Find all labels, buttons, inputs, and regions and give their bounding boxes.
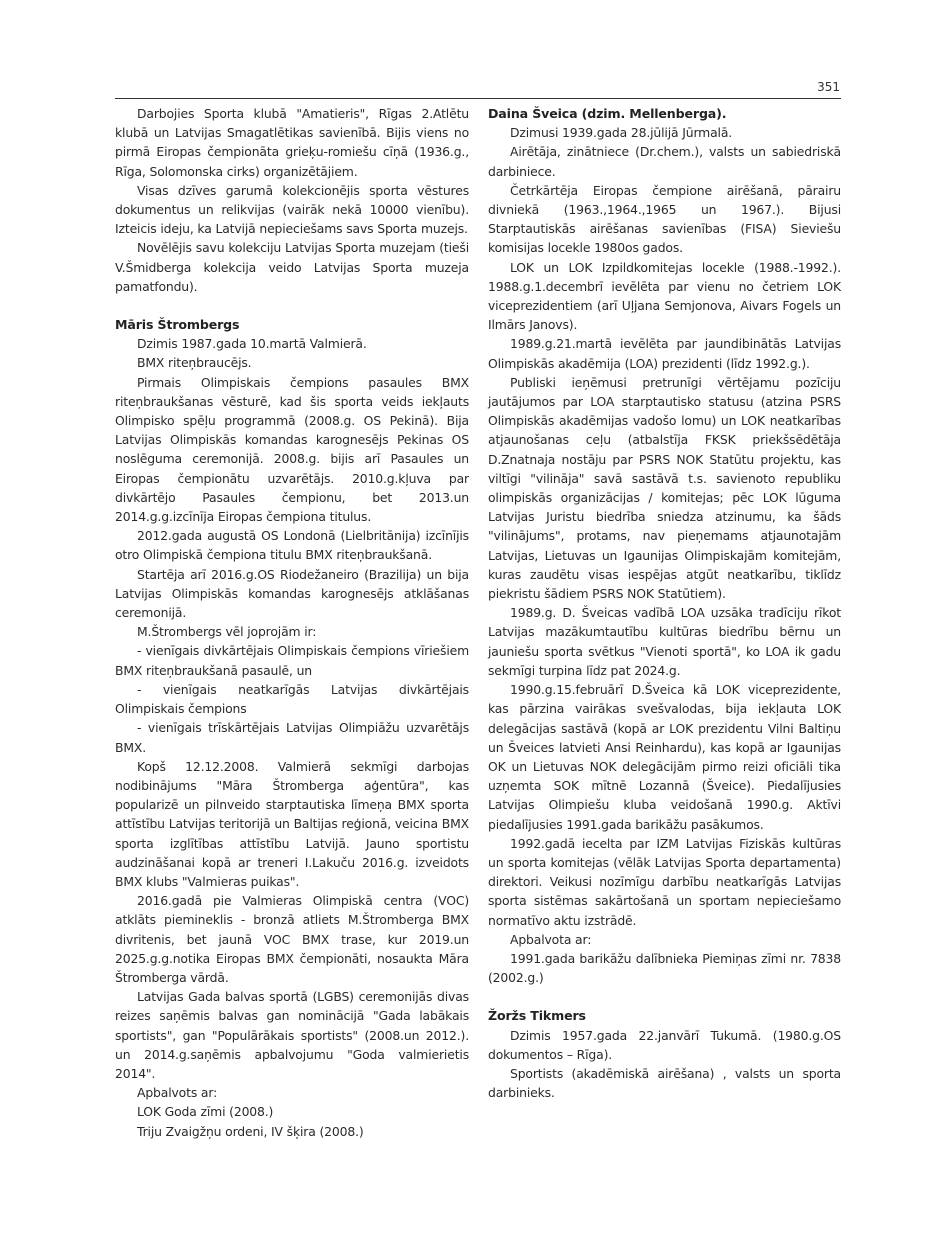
- list-item: - vienīgais divkārtējais Olimpiskais čem…: [115, 641, 469, 679]
- paragraph: Sportists (akadēmiskā airēšana) , valsts…: [488, 1064, 841, 1102]
- paragraph: Latvijas Gada balvas sportā (LGBS) cerem…: [115, 987, 469, 1083]
- paragraph: 1989.g. D. Šveicas vadībā LOA uzsāka tra…: [488, 603, 841, 680]
- entry-heading: Māris Štrombergs: [115, 315, 469, 334]
- spacer: [115, 296, 469, 315]
- paragraph: Startēja arī 2016.g.OS Riodežaneiro (Bra…: [115, 565, 469, 623]
- paragraph: 1992.gadā iecelta par IZM Latvijas Fizis…: [488, 834, 841, 930]
- paragraph: Dzimusi 1939.gada 28.jūlijā Jūrmalā.: [488, 123, 841, 142]
- paragraph: Kopš 12.12.2008. Valmierā sekmīgi darboj…: [115, 757, 469, 891]
- list-item: - vienīgais trīskārtējais Latvijas Olimp…: [115, 718, 469, 756]
- right-column: Daina Šveica (dzim. Mellenberga). Dzimus…: [488, 104, 841, 1102]
- paragraph: Airētāja, zinātniece (Dr.chem.), valsts …: [488, 142, 841, 180]
- awards-label: Apbalvota ar:: [488, 930, 841, 949]
- paragraph: Darbojies Sporta klubā "Amatieris", Rīga…: [115, 104, 469, 181]
- paragraph: BMX riteņbraucējs.: [115, 353, 469, 372]
- award-item: 1991.gada barikāžu dalībnieka Piemiņas z…: [488, 949, 841, 987]
- award-item: Triju Zvaigžņu ordeni, IV šķira (2008.): [115, 1122, 469, 1141]
- paragraph: 2012.gada augustā OS Londonā (Lielbritān…: [115, 526, 469, 564]
- paragraph: Visas dzīves garumā kolekcionējis sporta…: [115, 181, 469, 239]
- paragraph: LOK un LOK Izpildkomitejas locekle (1988…: [488, 258, 841, 335]
- page-number: 351: [790, 80, 840, 94]
- entry-heading: Daina Šveica (dzim. Mellenberga).: [488, 104, 841, 123]
- paragraph: Publiski ieņēmusi pretrunīgi vērtējamu p…: [488, 373, 841, 603]
- left-column: Darbojies Sporta klubā "Amatieris", Rīga…: [115, 104, 469, 1141]
- header-rule: [115, 98, 841, 99]
- paragraph: Četrkārtēja Eiropas čempione airēšanā, p…: [488, 181, 841, 258]
- paragraph: Novēlējis savu kolekciju Latvijas Sporta…: [115, 238, 469, 296]
- list-item: - vienīgais neatkarīgās Latvijas divkārt…: [115, 680, 469, 718]
- paragraph: 1990.g.15.februārī D.Šveica kā LOK vicep…: [488, 680, 841, 834]
- paragraph: Dzimis 1957.gada 22.janvārī Tukumā. (198…: [488, 1026, 841, 1064]
- paragraph: 2016.gadā pie Valmieras Olimpiskā centra…: [115, 891, 469, 987]
- award-item: LOK Goda zīmi (2008.): [115, 1102, 469, 1121]
- paragraph: Pirmais Olimpiskais čempions pasaules BM…: [115, 373, 469, 527]
- paragraph: M.Štrombergs vēl joprojām ir:: [115, 622, 469, 641]
- spacer: [488, 987, 841, 1006]
- awards-label: Apbalvots ar:: [115, 1083, 469, 1102]
- entry-heading: Žoržs Tikmers: [488, 1006, 841, 1025]
- paragraph: Dzimis 1987.gada 10.martā Valmierā.: [115, 334, 469, 353]
- paragraph: 1989.g.21.martā ievēlēta par jaundibināt…: [488, 334, 841, 372]
